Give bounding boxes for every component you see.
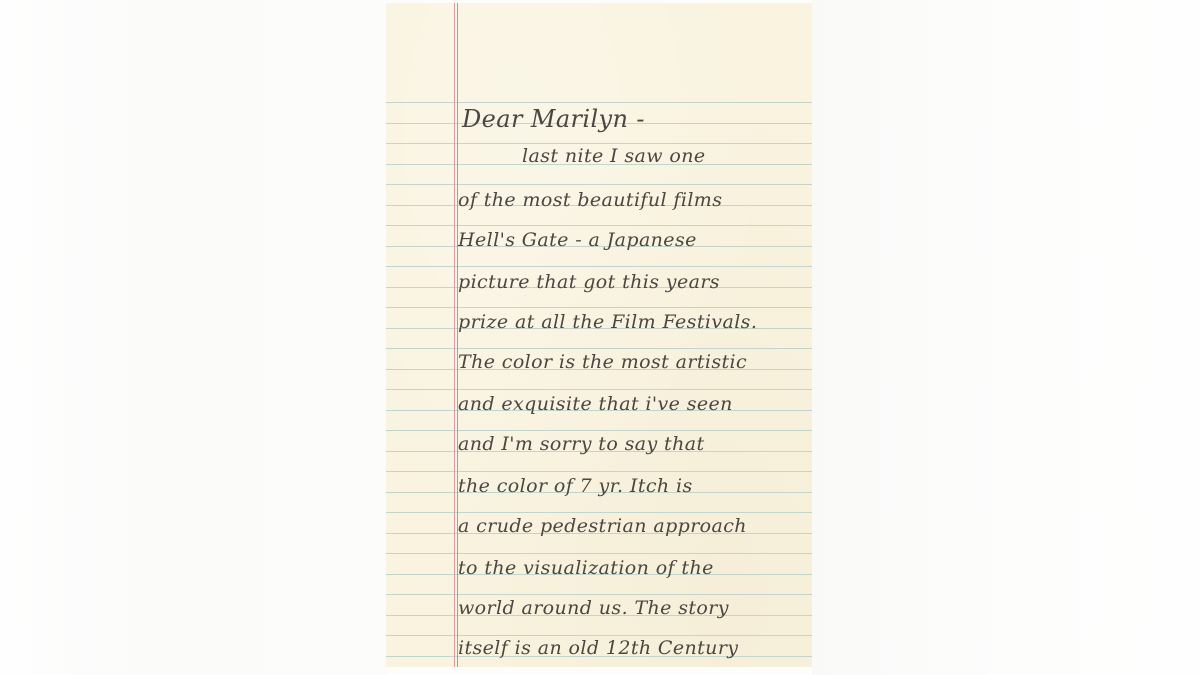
background-right	[812, 0, 1200, 675]
letter-line: and I'm sorry to say that	[458, 433, 704, 455]
letter-line: Hell's Gate - a Japanese	[458, 229, 697, 251]
ruled-line	[386, 307, 812, 308]
letter-line: last nite I saw one	[522, 145, 706, 167]
letter-line: picture that got this years	[458, 271, 720, 293]
ruled-line	[386, 430, 812, 431]
ruled-line	[386, 143, 812, 144]
letter-line: a crude pedestrian approach	[458, 515, 747, 537]
letter-paper: Dear Marilyn - last nite I saw one of th…	[386, 3, 812, 667]
letter-line: The color is the most artistic	[458, 351, 747, 373]
letter-line: prize at all the Film Festivals.	[458, 311, 757, 333]
ruled-line	[386, 225, 812, 226]
letter-line: to the visualization of the	[458, 557, 714, 579]
letter-line: and exquisite that i've seen	[458, 393, 733, 415]
ruled-line	[386, 389, 812, 390]
ruled-line	[386, 553, 812, 554]
salutation: Dear Marilyn -	[462, 105, 645, 133]
ruled-line	[386, 102, 812, 103]
letter-line: world around us. The story	[458, 597, 729, 619]
ruled-line	[386, 266, 812, 267]
letter-line: the color of 7 yr. Itch is	[458, 475, 693, 497]
margin-line	[454, 3, 455, 667]
letter-line: itself is an old 12th Century	[458, 637, 738, 659]
ruled-line	[386, 348, 812, 349]
ruled-line	[386, 635, 812, 636]
ruled-line	[386, 594, 812, 595]
ruled-line	[386, 471, 812, 472]
background-left	[0, 0, 386, 675]
ruled-line	[386, 512, 812, 513]
letter-line: of the most beautiful films	[458, 189, 722, 211]
ruled-line	[386, 184, 812, 185]
